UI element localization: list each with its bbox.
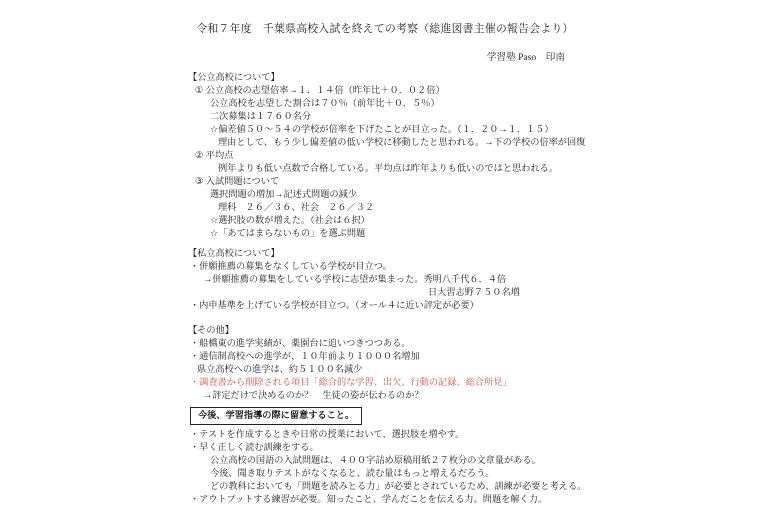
text-line: 県立高校への進学は、約５１００名減少 bbox=[188, 363, 770, 376]
text-line: 理由として、もう少し偏差値の低い学校に移動したと思われる。→下の学校の倍率が回復 bbox=[188, 136, 770, 149]
text-line: ☆「あてはまらないもの」を選ぶ問題 bbox=[188, 227, 770, 240]
section-other: 【その他】 ・船橋東の進学実績が、薬園台に追いつきつつある。 ・通信制高校への進… bbox=[188, 324, 770, 402]
text-line: 選択問題の増加→記述式問題の減少 bbox=[188, 188, 770, 201]
section-heading: 【その他】 bbox=[188, 324, 770, 337]
text-line: →評定だけで決めるのか？ 生徒の姿が伝わるのか？ bbox=[188, 389, 770, 402]
boxed-heading: 今後、学習指導の際に留意すること。 bbox=[190, 407, 362, 425]
text-line: ・内申基準を上げている学校が目立つ。（オール４に近い評定が必要） bbox=[188, 299, 770, 312]
document-title: 令和７年度 千葉県高校入試を終えての考察（総進図書主催の報告会より） bbox=[0, 0, 770, 36]
text-line: 例年よりも低い点数で合格している。平均点は昨年よりも低いのではと思われる。 bbox=[188, 162, 770, 175]
text-line: ・アウトプットする練習が必要。知ったこと、学んだことを伝える力。問題を解く力。 bbox=[188, 493, 770, 506]
section-heading: 【公立高校について】 bbox=[188, 71, 770, 84]
text-line: ② 平均点 bbox=[188, 149, 770, 162]
text-line: ・通信制高校への進学が、１０年前より１０００名増加 bbox=[188, 350, 770, 363]
text-line: ・併願推薦の募集をなくしている学校が目立つ。 bbox=[188, 260, 770, 273]
document-body: 【公立高校について】 ① 公立高校の志望倍率→１．１４倍（昨年比＋０．０２倍） … bbox=[188, 71, 770, 506]
boxed-heading-row: 今後、学習指導の際に留意すること。 bbox=[188, 407, 770, 426]
text-line: 日大習志野７５０名増 bbox=[188, 286, 770, 299]
text-line: ・船橋東の進学実績が、薬園台に追いつきつつある。 bbox=[188, 337, 770, 350]
text-line: →併願推薦の募集をしている学校に志望が集まった。秀明八千代６．４倍 bbox=[188, 273, 770, 286]
section-public-schools: 【公立高校について】 ① 公立高校の志望倍率→１．１４倍（昨年比＋０．０２倍） … bbox=[188, 71, 770, 240]
text-line: ☆選択肢の数が増えた。（社会は６択） bbox=[188, 214, 770, 227]
text-line: ① 公立高校の志望倍率→１．１４倍（昨年比＋０．０２倍） bbox=[188, 84, 770, 97]
text-line: 二次募集は１７６０名分 bbox=[188, 110, 770, 123]
section-private-schools: 【私立高校について】 ・併願推薦の募集をなくしている学校が目立つ。 →併願推薦の… bbox=[188, 247, 770, 312]
text-line: 理科 ２６／３６、社会 ２６／３２ bbox=[188, 201, 770, 214]
section-guidance: 今後、学習指導の際に留意すること。 ・テストを作成するときや日常の授業において、… bbox=[188, 407, 770, 506]
text-line: 今後、聞き取りテストがなくなると、読む量はもっと増えるだろう。 bbox=[188, 467, 770, 480]
text-line: 公立高校を志望した割合は７０％（前年比＋０．５％） bbox=[188, 97, 770, 110]
document-author: 学習塾 Paso 印南 bbox=[188, 51, 565, 64]
text-line: ③ 入試問題について bbox=[188, 175, 770, 188]
text-line: どの教科においても「問題を読みとる力」が必要とされているため、訓練が必要と考える… bbox=[188, 480, 770, 493]
text-line: 公立高校の国語の入試問題は、４００字詰め原稿用紙２７枚分の文章量がある。 bbox=[188, 454, 770, 467]
text-line: ・早く正しく読む訓練をする。 bbox=[188, 441, 770, 454]
text-line: ・テストを作成するときや日常の授業において、選択肢を増やす。 bbox=[188, 428, 770, 441]
text-line: ☆偏差値５０～５４の学校が倍率を下げたことが目立った。（１．２０→１．１５） bbox=[188, 123, 770, 136]
section-heading: 【私立高校について】 bbox=[188, 247, 770, 260]
document-page: 令和７年度 千葉県高校入試を終えての考察（総進図書主催の報告会より） 学習塾 P… bbox=[0, 0, 770, 510]
highlight-line: ・調査書から削除される項目「総合的な学習、出欠、行動の記録、総合所見」 bbox=[188, 376, 770, 389]
